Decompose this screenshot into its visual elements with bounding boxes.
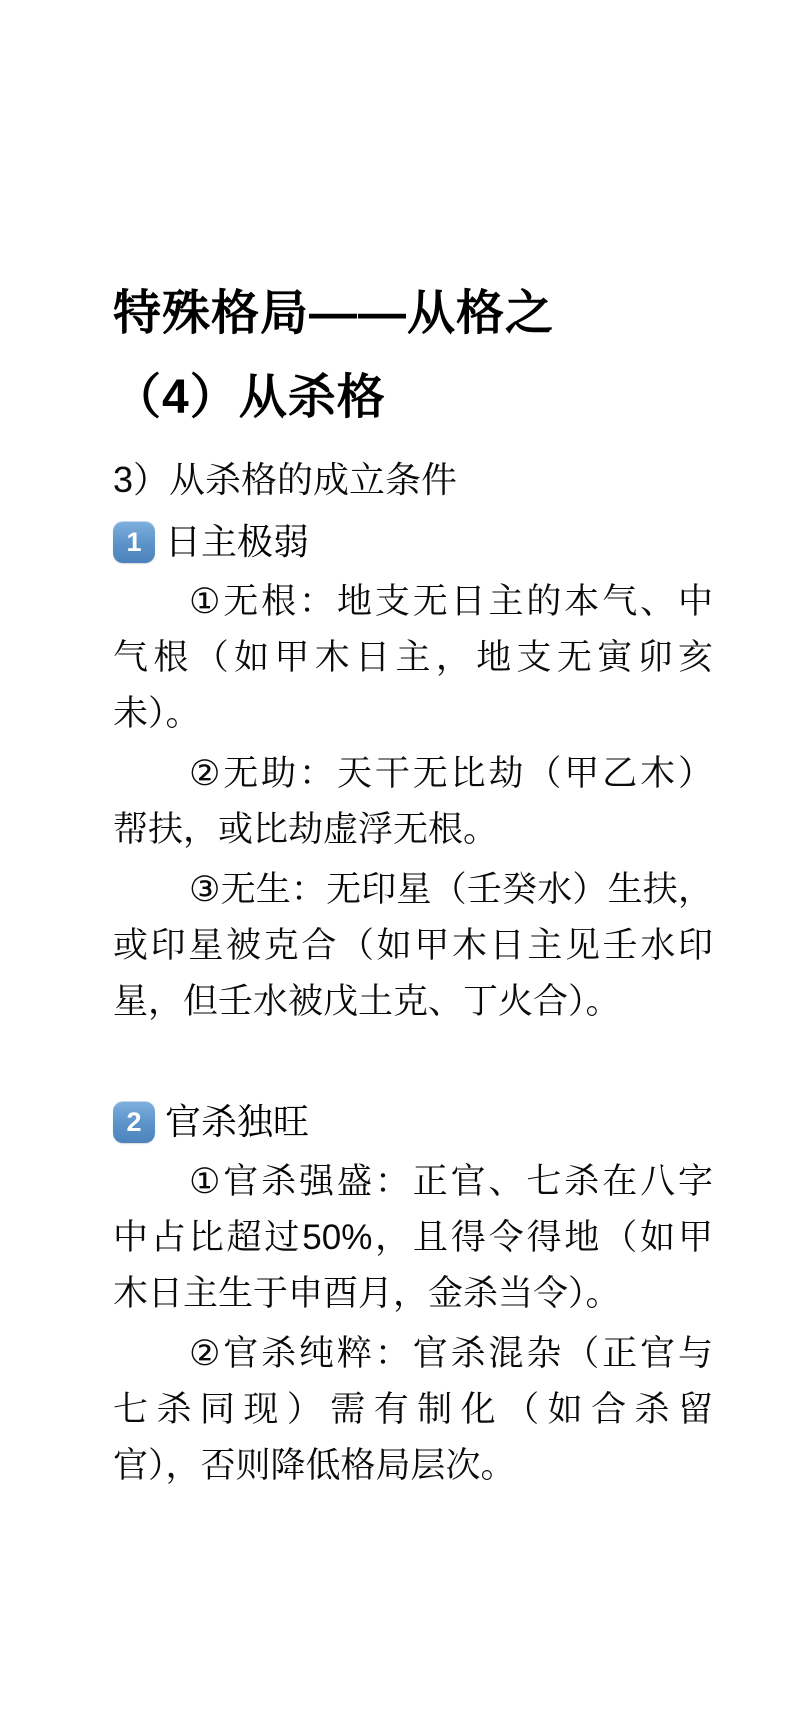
text-line: 官），否则降低格局层次。 <box>113 1438 713 1494</box>
paragraph: ②官杀纯粹：官杀混杂（正官与 七杀同现）需有制化（如合杀留 官），否则降低格局层… <box>113 1326 713 1494</box>
text-line: 或印星被克合（如甲木日主见壬水印 <box>113 918 713 974</box>
paragraph: ①无根：地支无日主的本气、中 气根（如甲木日主，地支无寅卯亥 未）。 <box>113 574 713 742</box>
text-line: 星，但壬水被戊土克、丁火合）。 <box>113 974 713 1030</box>
text-line: 帮扶，或比劫虚浮无根。 <box>113 802 713 858</box>
text-line: 气根（如甲木日主，地支无寅卯亥 <box>113 630 713 686</box>
section-2-heading: 2 官杀独旺 <box>113 1094 713 1150</box>
keycap-1-badge: 1 <box>113 521 155 563</box>
text-line: 木日主生于申酉月，金杀当令）。 <box>113 1266 713 1322</box>
text-line: ①无根：地支无日主的本气、中 <box>113 574 713 630</box>
text-line: ②官杀纯粹：官杀混杂（正官与 <box>113 1326 713 1382</box>
section-1: 1 日主极弱 ①无根：地支无日主的本气、中 气根（如甲木日主，地支无寅卯亥 未）… <box>113 514 713 1030</box>
paragraph: ①官杀强盛：正官、七杀在八字 中占比超过50%，且得令得地（如甲 木日主生于申酉… <box>113 1154 713 1322</box>
section-subtitle: 3）从杀格的成立条件 <box>113 452 713 508</box>
text-line: 七杀同现）需有制化（如合杀留 <box>113 1382 713 1438</box>
section-2-heading-text: 官杀独旺 <box>165 1094 309 1150</box>
article-page: 特殊格局——从格之 （4）从杀格 3）从杀格的成立条件 1 日主极弱 ①无根：地… <box>0 0 800 1727</box>
text-line: ②无助：天干无比劫（甲乙木） <box>113 746 713 802</box>
text-line: 未）。 <box>113 686 713 742</box>
section-1-heading-text: 日主极弱 <box>165 514 309 570</box>
section-1-heading: 1 日主极弱 <box>113 514 713 570</box>
keycap-2-badge: 2 <box>113 1101 155 1143</box>
title-line-2: （4）从杀格 <box>113 356 713 440</box>
text-line: ①官杀强盛：正官、七杀在八字 <box>113 1154 713 1210</box>
text-line: ③无生：无印星（壬癸水）生扶， <box>113 862 713 918</box>
section-2: 2 官杀独旺 ①官杀强盛：正官、七杀在八字 中占比超过50%，且得令得地（如甲 … <box>113 1094 713 1494</box>
paragraph: ③无生：无印星（壬癸水）生扶， 或印星被克合（如甲木日主见壬水印 星，但壬水被戊… <box>113 862 713 1030</box>
title-line-1: 特殊格局——从格之 <box>113 272 713 356</box>
text-line: 中占比超过50%，且得令得地（如甲 <box>113 1210 713 1266</box>
page-title: 特殊格局——从格之 （4）从杀格 <box>113 272 713 440</box>
paragraph: ②无助：天干无比劫（甲乙木） 帮扶，或比劫虚浮无根。 <box>113 746 713 858</box>
